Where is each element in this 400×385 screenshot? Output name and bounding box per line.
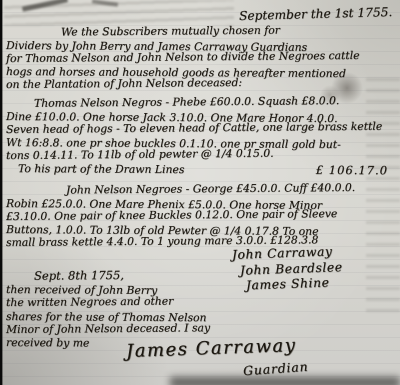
manuscript-line: To his part of the Drawn Lines xyxy=(18,162,184,176)
john-nelson-entry: John Nelson Negroes - George £45.0.0. Cu… xyxy=(6,184,396,249)
scan-corner-mark xyxy=(92,0,118,7)
scan-bottom-shadow xyxy=(170,377,400,385)
scan-left-edge xyxy=(0,0,3,385)
manuscript-line: for Thomas Nelson and John Nelson to div… xyxy=(6,49,396,65)
receipt-date: Sept. 8th 1755, xyxy=(6,268,256,283)
manuscript-line: on the Plantation of John Nelson decease… xyxy=(6,75,396,91)
manuscript-line: the written Negroes and other xyxy=(6,294,256,309)
heading-date: September the 1st 1755. xyxy=(239,5,393,23)
manuscript-line: John Nelson Negroes - George £45.0.0. Cu… xyxy=(6,181,396,197)
manuscript-line: Minor of John Nelson deceased. I say xyxy=(6,321,256,336)
manuscript-line: tons 0.14.11. To 11lb of old pewter @ 1/… xyxy=(6,146,396,162)
thomas-nelson-entry: Thomas Nelson Negros - Phebe £60.0.0. Sq… xyxy=(6,97,396,175)
guardian-title: Guardian xyxy=(243,359,309,379)
guardian-signature: James Carraway xyxy=(126,335,297,362)
scan-corner-mark xyxy=(22,0,68,12)
manuscript-line: Seven head of hogs - To eleven head of C… xyxy=(6,120,396,136)
manuscript-line: We the Subscribers mutually chosen for xyxy=(6,23,396,39)
entry-total-line: To his part of the Drawn Lines £ 106.17.… xyxy=(6,162,396,177)
opening-paragraph: We the Subscribers mutually chosen for D… xyxy=(6,26,396,91)
entry-total-amount: £ 106.17.0 xyxy=(316,164,388,177)
manuscript-line: £3.10.0. One pair of knee Buckles 0.12.0… xyxy=(6,207,396,223)
scanned-manuscript-page: September the 1st 1755. We the Subscribe… xyxy=(0,0,400,385)
manuscript-line: Thomas Nelson Negros - Phebe £60.0.0. Sq… xyxy=(6,94,396,110)
